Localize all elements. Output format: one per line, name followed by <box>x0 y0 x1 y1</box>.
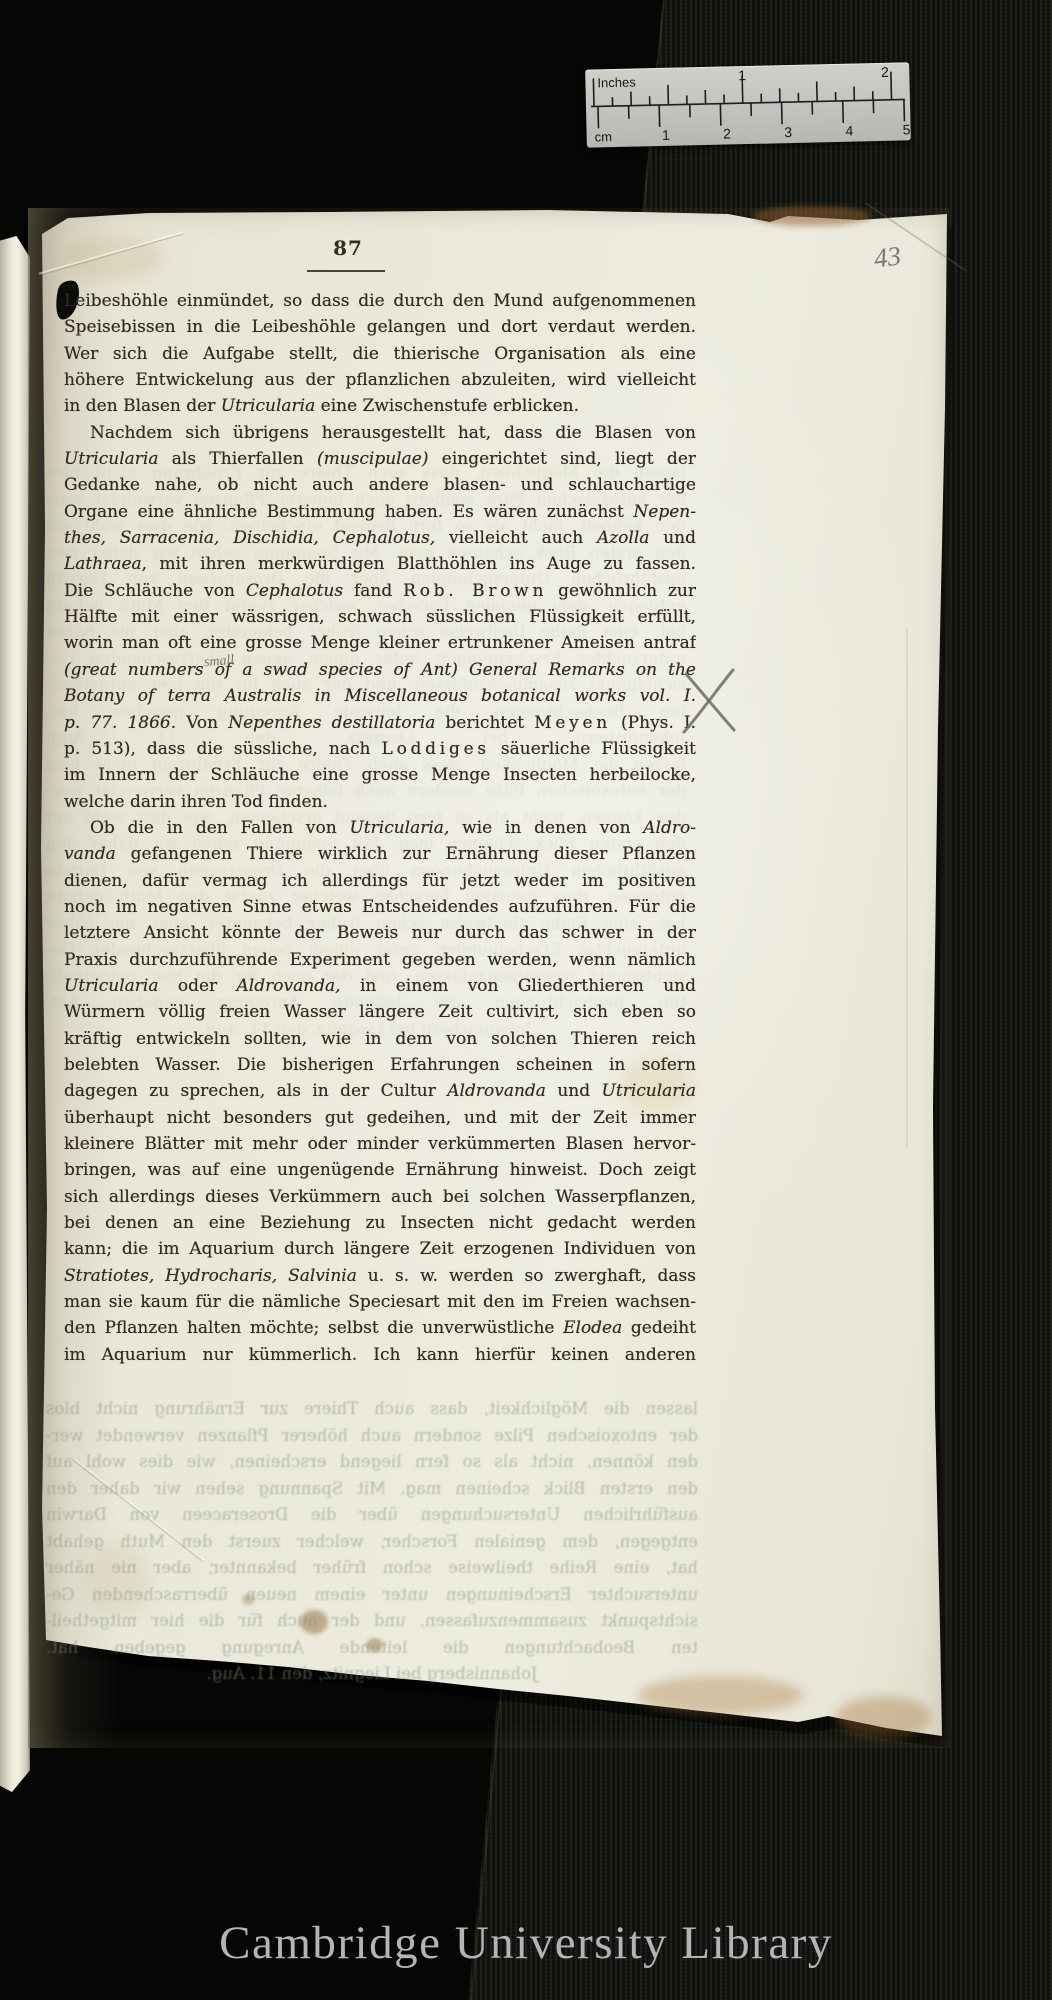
ruler-number: 5 <box>903 121 911 137</box>
pencil-x-mark <box>678 662 744 738</box>
text-line: kleinere Blätter mit mehr oder minder ve… <box>64 1131 696 1157</box>
pencil-note-small: small <box>203 653 235 672</box>
showthrough-line: entgegen, dem genialen Forscher, welcher… <box>46 1529 698 1556</box>
showthrough-line: ten Beobachtungen die leitende Anregung … <box>46 1635 698 1662</box>
text-line: Wer sich die Aufgabe stellt, die thieris… <box>64 341 696 367</box>
ruler-inches-label: Inches <box>597 75 636 91</box>
text-line: man sie kaum für die nämliche Speciesart… <box>64 1289 696 1315</box>
text-line: Würmern völlig freien Wasser längere Zei… <box>64 999 696 1025</box>
text-line: im Aquarium nur kümmerlich. Ich kann hie… <box>64 1342 696 1368</box>
text-line: Botany of terra Australis in Miscellaneo… <box>64 683 696 709</box>
text-line: in den Blasen der Utricularia eine Zwisc… <box>64 393 696 419</box>
text-line: (great numbers of a swad species of Ant)… <box>64 657 696 683</box>
text-line: im Innern der Schläuche eine grosse Meng… <box>64 762 696 788</box>
text-line: sich allerdings dieses Verkümmern auch b… <box>64 1184 696 1210</box>
ruler-number: 2 <box>723 125 731 141</box>
text-line: thes, Sarracenia, Dischidia, Cephalotus,… <box>64 525 696 551</box>
ruler-scale: Inches cm 1212345 <box>585 62 911 147</box>
showthrough-line: lassen die Möglichkeit, dass auch Thiere… <box>46 1396 698 1423</box>
ruler-number: 1 <box>738 67 746 83</box>
text-line: p. 77. 1866. Von Nepenthes destillatoria… <box>64 710 696 736</box>
text-line: letztere Ansicht könnte der Beweis nur d… <box>64 920 696 946</box>
book-page: lassen die Möglichkeit, dass auch Thiere… <box>28 208 950 1748</box>
showthrough-line: hat, eine Reihe theilweise schon früher … <box>46 1555 698 1582</box>
text-line: vanda gefangenen Thiere wirklich zur Ern… <box>64 841 696 867</box>
adjacent-page-edge <box>0 236 30 1792</box>
text-block: Leibeshöhle einmündet, so dass die durch… <box>64 288 696 1368</box>
text-line: noch im negativen Sinne etwas Entscheide… <box>64 894 696 920</box>
text-line: bringen, was auf eine ungenügende Ernähr… <box>64 1157 696 1183</box>
showthrough-line: der entoxoischen Pilze sondern auch höhe… <box>46 1423 698 1450</box>
scan-background: lassen die Möglichkeit, dass auch Thiere… <box>0 0 1052 2000</box>
text-line: Nachdem sich übrigens herausgestellt hat… <box>64 420 696 446</box>
text-line: Speisebissen in die Leibeshöhle gelangen… <box>64 314 696 340</box>
text-line: Organe eine ähnliche Bestimmung haben. E… <box>64 499 696 525</box>
ruler-cm-label: cm <box>595 129 613 144</box>
crease <box>906 628 908 1148</box>
text-line: Lathraea, mit ihren merkwürdigen Blatthö… <box>64 551 696 577</box>
text-line: Ob die in den Fallen von Utricularia, wi… <box>64 815 696 841</box>
ruler-number: 4 <box>845 123 853 139</box>
showthrough-line: den können, nicht als so fern liegend er… <box>46 1449 698 1476</box>
showthrough-line: untersuchter Erscheinungen unter einem n… <box>46 1582 698 1609</box>
page-number-rule <box>307 270 385 272</box>
stain <box>753 206 871 226</box>
text-line: Utricularia als Thierfallen (muscipulae)… <box>64 446 696 472</box>
text-line: Gedanke nahe, ob nicht auch andere blase… <box>64 472 696 498</box>
text-line: Utricularia oder Aldrovanda, in einem vo… <box>64 973 696 999</box>
ruler-number: 1 <box>662 127 670 143</box>
text-line: Stratiotes, Hydrocharis, Salvinia u. s. … <box>64 1263 696 1289</box>
text-line: belebten Wasser. Die bisherigen Erfahrun… <box>64 1052 696 1078</box>
showthrough-line: den ersten Blick scheinen mag. Mit Spann… <box>46 1476 698 1503</box>
text-line: worin man oft eine grosse Menge kleiner … <box>64 630 696 656</box>
text-line: kräftig entwickeln sollten, wie in dem v… <box>64 1026 696 1052</box>
stain <box>836 1696 931 1738</box>
text-line: überhaupt nicht besonders gut gedeihen, … <box>64 1105 696 1131</box>
text-line: den Pflanzen halten möchte; selbst die u… <box>64 1315 696 1341</box>
text-line: Praxis durchzuführende Experiment gegebe… <box>64 947 696 973</box>
text-line: bei denen an eine Beziehung zu Insecten … <box>64 1210 696 1236</box>
showthrough-line: sichtspunkt zusammenzufassen, und der au… <box>46 1608 698 1635</box>
text-line: Leibeshöhle einmündet, so dass die durch… <box>64 288 696 314</box>
library-watermark: Cambridge University Library <box>0 1916 1052 1970</box>
showthrough-text: lassen die Möglichkeit, dass auch Thiere… <box>46 1396 698 1688</box>
text-line: welche darin ihren Tod finden. <box>64 789 696 815</box>
ruler-number: 3 <box>784 124 792 140</box>
ruler: Inches cm 1212345 <box>585 62 911 147</box>
text-line: Die Schläuche von Cephalotus fand Rob. B… <box>64 578 696 604</box>
text-line: dienen, dafür vermag ich allerdings für … <box>64 868 696 894</box>
ruler-number: 2 <box>881 64 889 80</box>
showthrough-line: ausführlichen Untersuchungen über die Dr… <box>46 1502 698 1529</box>
showthrough-line: Johannisberg bei Liegnitz, den 11. Aug. <box>46 1661 698 1688</box>
text-line: p. 513), dass die süssliche, nach Loddig… <box>64 736 696 762</box>
page-number: 87 <box>298 236 398 260</box>
text-line: dagegen zu sprechen, als in der Cultur A… <box>64 1078 696 1104</box>
text-line: kann; die im Aquarium durch längere Zeit… <box>64 1236 696 1262</box>
text-line: höhere Entwickelung aus der pflanzlichen… <box>64 367 696 393</box>
folio-number-pencil: 43 <box>872 240 903 274</box>
text-line: Hälfte mit einer wässrigen, schwach süss… <box>64 604 696 630</box>
